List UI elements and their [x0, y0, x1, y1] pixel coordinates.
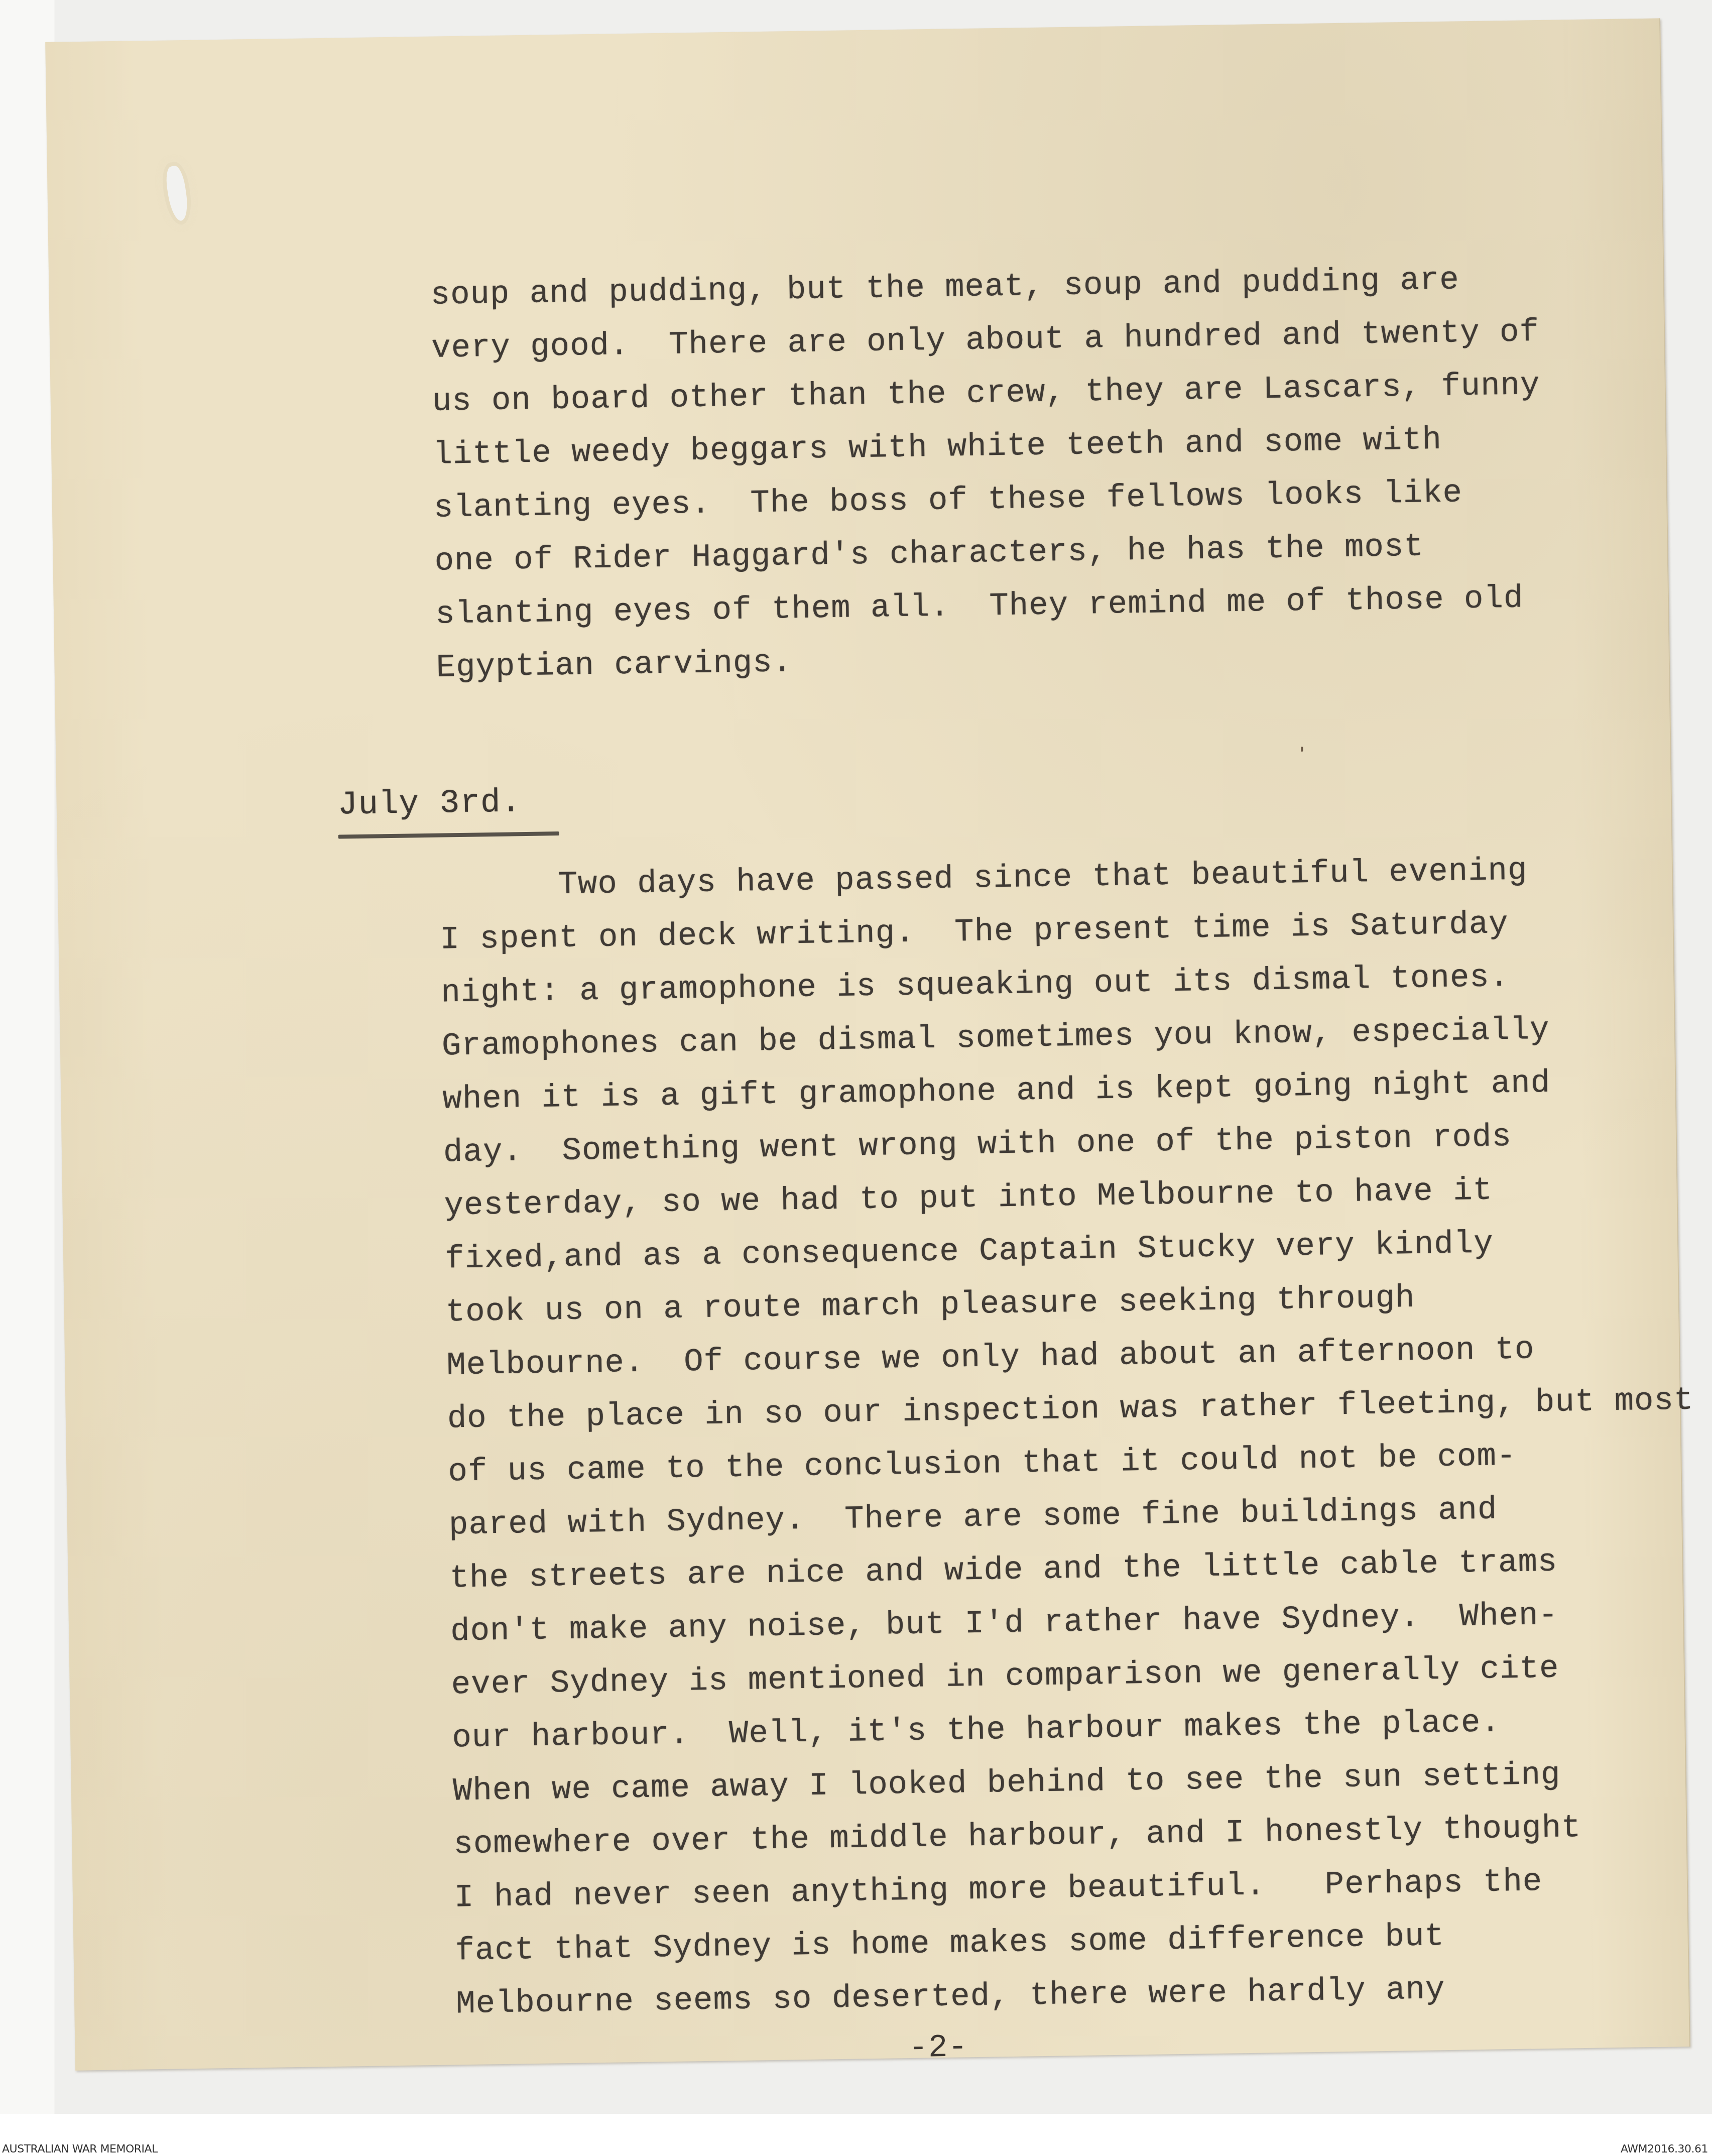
text-line: took us on a route march pleasure seekin… — [445, 1280, 1415, 1331]
text-line: pared with Sydney. There are some fine b… — [449, 1492, 1498, 1544]
text-line: I spent on deck writing. The present tim… — [440, 906, 1509, 959]
footer-bar — [0, 2114, 1712, 2156]
text-line: slanting eyes of them all. They remind m… — [435, 581, 1524, 633]
text-line: When we came away I looked behind to see… — [452, 1757, 1561, 1810]
text-line: fact that Sydney is home makes some diff… — [455, 1919, 1444, 1969]
text-line: somewhere over the middle harbour, and I… — [453, 1810, 1581, 1863]
accession-number: AWM2016.30.61 — [1621, 2143, 1708, 2155]
text-line: ever Sydney is mentioned in comparison w… — [451, 1651, 1559, 1704]
text-line: very good. There are only about a hundre… — [431, 314, 1540, 367]
text-line: our harbour. Well, it's the harbour make… — [452, 1705, 1501, 1756]
text-line: I had never seen anything more beautiful… — [454, 1864, 1543, 1916]
page-text: soup and pudding, but the meat, soup and… — [45, 18, 1689, 2070]
text-line: Melbourne. Of course we only had about a… — [446, 1332, 1535, 1384]
text-line: yesterday, so we had to put into Melbour… — [444, 1173, 1493, 1225]
heading-underline — [338, 831, 559, 839]
text-line: night: a gramophone is squeaking out its… — [441, 960, 1510, 1012]
text-line: do the place in so our inspection was ra… — [447, 1383, 1693, 1438]
page-number: -2- — [908, 2029, 968, 2067]
text-line: Gramophones can be dismal sometimes you … — [441, 1012, 1550, 1065]
text-line: Melbourne seems so deserted, there were … — [456, 1972, 1445, 2022]
text-line: day. Something went wrong with one of th… — [443, 1119, 1512, 1171]
entry-heading: July 3rd. — [337, 783, 522, 823]
text-line: slanting eyes. The boss of these fellows… — [434, 475, 1463, 526]
text-line: soup and pudding, but the meat, soup and… — [430, 262, 1459, 313]
text-line: us on board other than the crew, they ar… — [432, 368, 1540, 420]
scan-margin-strip — [0, 0, 54, 2114]
text-line: Two days have passed since that beautifu… — [439, 853, 1528, 905]
text-line: don't make any noise, but I'd rather hav… — [450, 1598, 1559, 1650]
text-line: Egyptian carvings. — [436, 645, 792, 686]
text-line: one of Rider Haggard's characters, he ha… — [434, 529, 1424, 579]
text-line: fixed,and as a consequence Captain Stuck… — [445, 1226, 1494, 1278]
text-line: little weedy beggars with white teeth an… — [433, 422, 1442, 473]
typed-page: soup and pudding, but the meat, soup and… — [45, 18, 1690, 2070]
institution-label: AUSTRALIAN WAR MEMORIAL — [2, 2143, 158, 2155]
text-line: the streets are nice and wide and the li… — [449, 1544, 1558, 1597]
text-line: when it is a gift gramophone and is kept… — [442, 1065, 1551, 1118]
text-line: of us came to the conclusion that it cou… — [448, 1439, 1517, 1491]
